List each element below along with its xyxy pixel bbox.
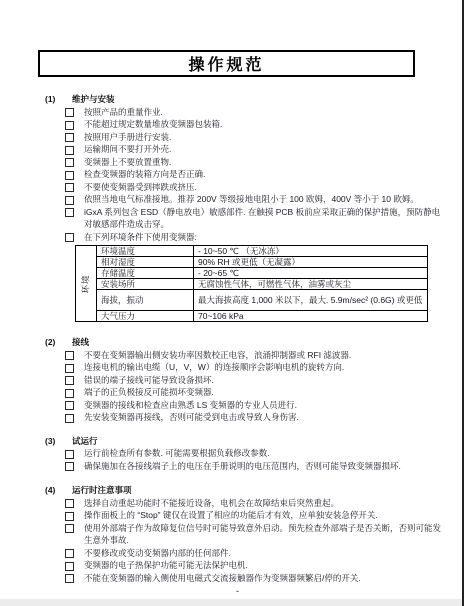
section-maintenance-install: (1) 维护与安装 按照产品的重量作业. 不能超过规定数量堆放变频器包装箱. 按… [45,93,443,322]
list-item-text: 变频器的接线和检查应由熟悉 LS 变频器的专业人员进行. [84,399,443,412]
list-item: 确保施加在各接线端子上的电压在手册说明的电压范围内，否则可能导致变频器损坏. [45,460,443,473]
checkbox-icon [65,196,74,205]
section-number: (3) [45,435,72,448]
page-bottom-edge [0,599,464,606]
checkbox-icon [65,233,74,242]
checkbox-icon [65,376,74,385]
list-item-text: 不要使变频器受到摔跌或挤压. [84,181,443,194]
checkbox-icon [65,512,74,521]
table-row-value: 70~106 kPa [194,311,428,322]
list-item-text: 先安装变频器再接线，否则可能受到电击或导致人身伤害. [84,411,443,424]
section-wiring: (2) 接线 不要在变频器输出侧安装功率因数校正电容，浪涌抑制器或 RFI 滤波… [45,336,443,424]
table-row-value: 无腐蚀性气体，可燃性气体，油雾或灰尘 [194,279,428,290]
checkbox-icon [65,414,74,423]
page-title: 操作规范 [188,52,264,75]
list-item-text: 变频器上不要放置重物. [84,156,443,169]
list-item: 检查变频器的装箱方向是否正确. [45,168,443,181]
list-item-text: 运输期间不要打开外壳. [84,143,443,156]
table-row-label: 安装场所 [97,279,194,290]
section-heading: (2) 接线 [45,336,443,349]
list-item-text: 操作面板上的 “Stop” 键仅在设置了相应的功能后才有效，应单独安装急停开关. [84,509,443,522]
page-footer-mark: - [236,586,239,596]
list-item-text: 不要在变频器输出侧安装功率因数校正电容，浪涌抑制器或 RFI 滤波器. [84,349,443,362]
checkbox-icon [65,499,74,508]
section-number: (2) [45,336,72,349]
document-page: 操作规范 (1) 维护与安装 按照产品的重量作业. 不能超过规定数量堆放变频器包… [0,0,464,606]
list-item-text: 按照用户手册进行安装. [84,131,443,144]
list-item-text: 错误的端子接线可能导致设备损坏. [84,374,443,387]
section-trial-run: (3) 试运行 运行前检查所有参数. 可能需要根据负载修改参数. 确保施加在各接… [45,435,443,473]
list-item: 不要在变频器输出侧安装功率因数校正电容，浪涌抑制器或 RFI 滤波器. [45,349,443,362]
title-box: 操作规范 [38,50,415,77]
list-item: 先安装变频器再接线，否则可能受到电击或导致人身伤害. [45,411,443,424]
list-item-text: 连接电机的输出电缆（U，V，W）的连接顺序会影响电机的旋转方向. [84,361,443,374]
section-label: 接线 [72,336,89,349]
section-label: 维护与安装 [72,93,115,106]
list-item: 端子的正负极接反可能损坏变频器. [45,386,443,399]
section-heading: (1) 维护与安装 [45,93,443,106]
list-item: 依照当地电气标准接地。推荐 200V 等级接地电阻小于 100 欧姆，400V … [45,193,443,206]
table-row-label: 海拔，振动 [97,290,194,311]
list-item-text: 变频器的电子热保护功能可能无法保护电机. [84,559,443,572]
list-item: 按照用户手册进行安装. [45,131,443,144]
checkbox-icon [65,108,74,117]
table-group-label: 环境 [81,274,91,293]
checkbox-icon [65,133,74,142]
list-item-text: 端子的正负极接反可能损坏变频器. [84,386,443,399]
checkbox-icon [65,450,74,459]
list-item: 连接电机的输出电缆（U，V，W）的连接顺序会影响电机的旋转方向. [45,361,443,374]
list-item: 在下列环境条件下使用变频器: [45,231,443,244]
list-item-text: 检查变频器的装箱方向是否正确. [84,168,443,181]
checkbox-icon [65,462,74,471]
list-item-text: 使用外部端子作为故障复位信号时可能导致意外启动。预先检查外部端子是否关断，否则可… [84,522,443,547]
section-number: (1) [45,93,72,106]
table-row-value: 90% RH 或更低（无凝露） [194,257,428,268]
list-item: 不能超过规定数量堆放变频器包装箱. [45,118,443,131]
environment-table: 环境 环境温度 - 10~50 ℃ （无冰冻） 相对湿度 90% RH 或更低（… [75,245,428,322]
section-label: 试运行 [72,435,98,448]
checkbox-icon [65,183,74,192]
section-number: (4) [45,484,72,497]
checkbox-icon [65,562,74,571]
list-item-text: iGxA 系列包含 ESD（静电放电）敏感部件. 在触摸 PCB 板前应采取正确… [84,206,443,231]
list-item-text: 运行前检查所有参数. 可能需要根据负载修改参数. [84,447,443,460]
checkbox-icon [65,524,74,533]
checkbox-icon [65,146,74,155]
list-item: 不能在变频器的输入侧使用电磁式交流接触器作为变频器频繁启/停的开关. [45,572,443,585]
checkbox-icon [65,208,74,217]
checkbox-icon [65,121,74,130]
list-item-text: 确保施加在各接线端子上的电压在手册说明的电压范围内，否则可能导致变频器损坏. [84,460,443,473]
checkbox-icon [65,171,74,180]
list-item: 变频器上不要放置重物. [45,156,443,169]
section-heading: (4) 运行时注意事项 [45,484,443,497]
list-item-text: 在下列环境条件下使用变频器: [84,231,443,244]
checkbox-icon [65,549,74,558]
table-row-label: 大气压力 [97,311,194,322]
list-item: 操作面板上的 “Stop” 键仅在设置了相应的功能后才有效，应单独安装急停开关. [45,509,443,522]
list-item: 运行前检查所有参数. 可能需要根据负载修改参数. [45,447,443,460]
table-row-label: 存储温度 [97,268,194,279]
section-operation-precautions: (4) 运行时注意事项 选择自动重起功能时不能接近设备，电机会在故障结束后突然重… [45,484,443,584]
table-row-label: 相对湿度 [97,257,194,268]
list-item: 按照产品的重量作业. [45,106,443,119]
list-item: 不要修改或变动变频器内部的任何部件. [45,547,443,560]
section-heading: (3) 试运行 [45,435,443,448]
table-row-value: - 20~65 ℃ [194,268,428,279]
table-row-value: - 10~50 ℃ （无冰冻） [194,246,428,257]
list-item: 选择自动重起功能时不能接近设备，电机会在故障结束后突然重起。 [45,497,443,510]
table-row-value: 最大海拔高度 1,000 米以下，最大. 5.9m/sec² (0.6G) 或更… [194,290,428,311]
list-item: 变频器的电子热保护功能可能无法保护电机. [45,559,443,572]
section-label: 运行时注意事项 [72,484,132,497]
table-row-label: 环境温度 [97,246,194,257]
list-item-text: 依照当地电气标准接地。推荐 200V 等级接地电阻小于 100 欧姆，400V … [84,193,443,206]
list-item: 不要使变频器受到摔跌或挤压. [45,181,443,194]
checkbox-icon [65,574,74,583]
list-item-text: 按照产品的重量作业. [84,106,443,119]
list-item-text: 选择自动重起功能时不能接近设备，电机会在故障结束后突然重起。 [84,497,443,510]
list-item: 错误的端子接线可能导致设备损坏. [45,374,443,387]
list-item: iGxA 系列包含 ESD（静电放电）敏感部件. 在触摸 PCB 板前应采取正确… [45,206,443,231]
table-group-cell: 环境 [76,246,97,322]
checkbox-icon [65,364,74,373]
list-item-text: 不能超过规定数量堆放变频器包装箱. [84,118,443,131]
checkbox-icon [65,389,74,398]
checkbox-icon [65,351,74,360]
list-item-text: 不能在变频器的输入侧使用电磁式交流接触器作为变频器频繁启/停的开关. [84,572,443,585]
checkbox-icon [65,158,74,167]
list-item: 使用外部端子作为故障复位信号时可能导致意外启动。预先检查外部端子是否关断，否则可… [45,522,443,547]
list-item: 运输期间不要打开外壳. [45,143,443,156]
content: (1) 维护与安装 按照产品的重量作业. 不能超过规定数量堆放变频器包装箱. 按… [45,93,443,584]
list-item: 变频器的接线和检查应由熟悉 LS 变频器的专业人员进行. [45,399,443,412]
list-item-text: 不要修改或变动变频器内部的任何部件. [84,547,443,560]
checkbox-icon [65,401,74,410]
